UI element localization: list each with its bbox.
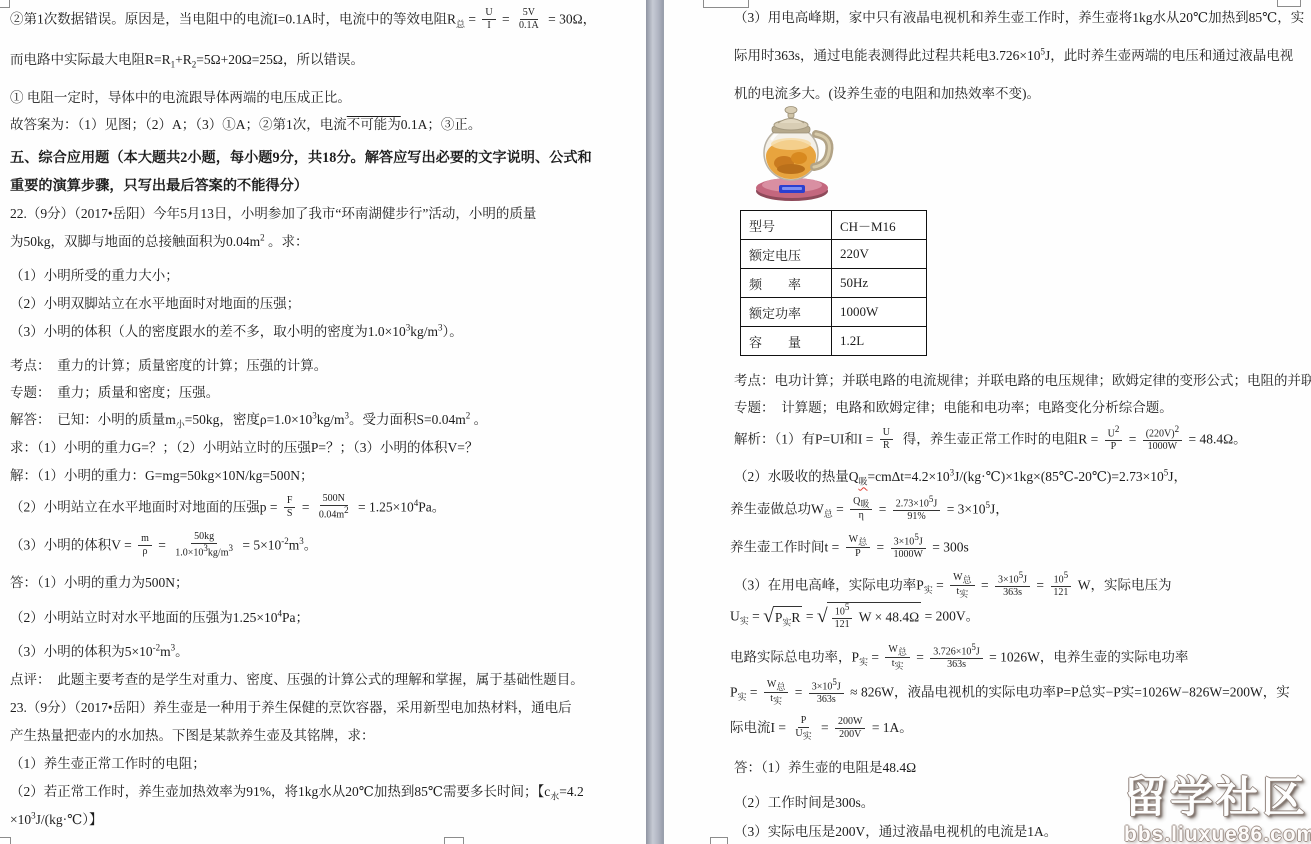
- text-line: 解析：（1）有P=UI和I = UR 得，养生壶正常工作时的电阻R = U2P …: [734, 426, 1247, 454]
- nameplate-row: 频 率50Hz: [741, 269, 927, 298]
- text-line: （2）工作时间是300s。: [734, 793, 874, 813]
- text-line: 养生壶工作时间t = W总P = 3×105J1000W = 300s: [730, 534, 969, 562]
- text-line: ②第1次数据错误。原因是，当电阻中的电流I=0.1A时，电流中的等效电阻R总 =…: [10, 8, 596, 33]
- text-line: P实 = W总t实 = 3×105J363s ≈ 826W，液晶电视机的实际电功…: [730, 679, 1290, 707]
- text-line: 电路实际总电功率，P实 = W总t实 = 3.726×105J363s = 10…: [730, 644, 1188, 672]
- text-line: 养生壶做总功W总 = Q吸η = 2.73×105J91% = 3×105J，: [730, 496, 1009, 524]
- text-line: 考点：电功计算；并联电路的电流规律；并联电路的电压规律；欧姆定律的变形公式；电阻…: [734, 371, 1311, 391]
- text-line: （3）在用电高峰，实际电功率P实 = W总t实 = 3×105J363s = 1…: [734, 572, 1172, 600]
- text-line: （3）用电高峰期，家中只有液晶电视机和养生壶工作时，养生壶将1kg水从20℃加热…: [734, 8, 1304, 28]
- text-line: 际用时363s，通过电能表测得此过程共耗电3.726×105J，此时养生壶两端的…: [734, 46, 1293, 66]
- text-line: （2）水吸收的热量Q吸=cmΔt=4.2×103J/(kg·℃)×1kg×(85…: [734, 467, 1187, 487]
- text-line: （1）养生壶正常工作时的电阻；: [10, 754, 206, 774]
- nameplate-value: CH－M16: [832, 211, 927, 240]
- text-line: （3）实际电压是200V，通过液晶电视机的电流是1A。: [734, 822, 1057, 842]
- nameplate-value: 220V: [832, 240, 927, 269]
- text-line: （3）小明的体积为5×10-2m3。: [10, 642, 189, 662]
- text-line: 五、综合应用题（本大题共2小题，每小题9分，共18分。解答应写出必要的文字说明、…: [10, 148, 592, 168]
- text-line: 专题： 重力；质量和密度；压强。: [10, 383, 219, 403]
- text-line: 考点： 重力的计算；质量密度的计算；压强的计算。: [10, 356, 327, 376]
- text-line: （3）小明的体积V = mρ = 50kg1.0×103kg/m3 = 5×10…: [10, 532, 317, 560]
- document-page-left: ②第1次数据错误。原因是，当电阻中的电流I=0.1A时，电流中的等效电阻R总 =…: [0, 0, 646, 844]
- nameplate-table: 型号CH－M16额定电压220V频 率50Hz额定功率1000W容 量1.2L: [740, 210, 927, 356]
- nameplate-label: 频 率: [741, 269, 832, 298]
- nameplate-row: 型号CH－M16: [741, 211, 927, 240]
- text-line: 故答案为：（1）见图；（2）A；（3）①A；②第1次，电流不可能为0.1A；③正…: [10, 115, 481, 135]
- text-line: （2）小明双脚站立在水平地面时对地面的压强；: [10, 294, 300, 314]
- nameplate-label: 型号: [741, 211, 832, 240]
- word-document-view: { "document": { "left_page": { "lines": …: [0, 0, 1311, 844]
- nameplate-label: 额定电压: [741, 240, 832, 269]
- text-line: （3）小明的体积（人的密度跟水的差不多，取小明的密度为1.0×103kg/m3）…: [10, 322, 463, 342]
- page-edge-artifact: [1277, 0, 1301, 7]
- page-edge-artifact: [444, 837, 464, 844]
- nameplate-value: 50Hz: [832, 269, 927, 298]
- text-line: （2）若正常工作时，养生壶加热效率为91%，将1kg水从20℃加热到85℃需要多…: [10, 782, 584, 802]
- text-line: 22.（9分）（2017•岳阳）今年5月13日，小明参加了我市“环南湖健步行”活…: [10, 204, 536, 224]
- nameplate-value: 1.2L: [832, 327, 927, 356]
- text-line: 求：（1）小明的重力G=？；（2）小明站立时的压强P=？；（3）小明的体积V=？: [10, 438, 478, 458]
- text-line: 为50kg，双脚与地面的总接触面积为0.04m2 。求：: [10, 232, 309, 252]
- text-line: （2）小明站立时对水平地面的压强为1.25×104Pa；: [10, 608, 309, 628]
- text-line: （1）小明所受的重力大小；: [10, 266, 179, 286]
- text-line: 答：（1）小明的重力为500N；: [10, 573, 189, 593]
- nameplate-row: 额定功率1000W: [741, 298, 927, 327]
- text-line: 点评： 此题主要考查的是学生对重力、密度、压强的计算公式的理解和掌握，属于基础性…: [10, 670, 584, 690]
- nameplate-label: 容 量: [741, 327, 832, 356]
- text-line: 23.（9分）（2017•岳阳）养生壶是一种用于养生保健的烹饮容器，采用新型电加…: [10, 698, 572, 718]
- text-line: 专题： 计算题；电路和欧姆定律；电能和电功率；电路变化分析综合题。: [734, 398, 1173, 418]
- text-line: ① 电阻一定时，导体中的电流跟导体两端的电压成正比。: [10, 88, 351, 108]
- text-line: （2）小明站立在水平地面时对地面的压强p = FS = 500N0.04m2 =…: [10, 494, 445, 522]
- watermark-site: bbs.liuxue86.com: [1124, 823, 1311, 844]
- page-edge-artifact: [0, 837, 11, 844]
- text-line: 而电路中实际最大电阻R=R1+R2=5Ω+20Ω=25Ω，所以错误。: [10, 50, 364, 70]
- nameplate-row: 额定电压220V: [741, 240, 927, 269]
- document-page-right: 型号CH－M16额定电压220V频 率50Hz额定功率1000W容 量1.2L …: [663, 0, 1311, 844]
- watermark: 留学社区 bbs.liuxue86.com: [1124, 764, 1311, 844]
- text-line: ×103J/(kg·℃）】: [10, 810, 102, 830]
- nameplate-value: 1000W: [832, 298, 927, 327]
- text-line: 解：（1）小明的重力：G=mg=50kg×10N/kg=500N；: [10, 466, 313, 486]
- page-gap-divider: [646, 0, 663, 844]
- page-edge-artifact: [0, 0, 10, 8]
- text-line: 际电流I = PU实 = 200W200V = 1A。: [730, 716, 913, 742]
- text-line: 答：（1）养生壶的电阻是48.4Ω: [734, 758, 916, 778]
- watermark-title: 留学社区: [1124, 764, 1311, 825]
- text-line: U实 = √P实R = √105121 W × 48.4Ω = 200V。: [730, 602, 979, 632]
- text-line: 机的电流多大。(设养生壶的电阻和加热效率不变)。: [734, 84, 1040, 104]
- page-edge-artifact: [710, 837, 728, 844]
- text-line: 重要的演算步骤，只写出最后答案的不能得分）: [10, 176, 308, 196]
- nameplate-body: 型号CH－M16额定电压220V频 率50Hz额定功率1000W容 量1.2L: [741, 211, 927, 356]
- nameplate-label: 额定功率: [741, 298, 832, 327]
- text-line: 产生热量把壶内的水加热。下图是某款养生壶及其铭牌，求：: [10, 726, 375, 746]
- kettle-image: [742, 101, 844, 205]
- nameplate-row: 容 量1.2L: [741, 327, 927, 356]
- page-edge-artifact: [703, 0, 749, 8]
- text-line: 解答： 已知：小明的质量m小=50kg，密度ρ=1.0×103kg/m3。受力面…: [10, 410, 487, 430]
